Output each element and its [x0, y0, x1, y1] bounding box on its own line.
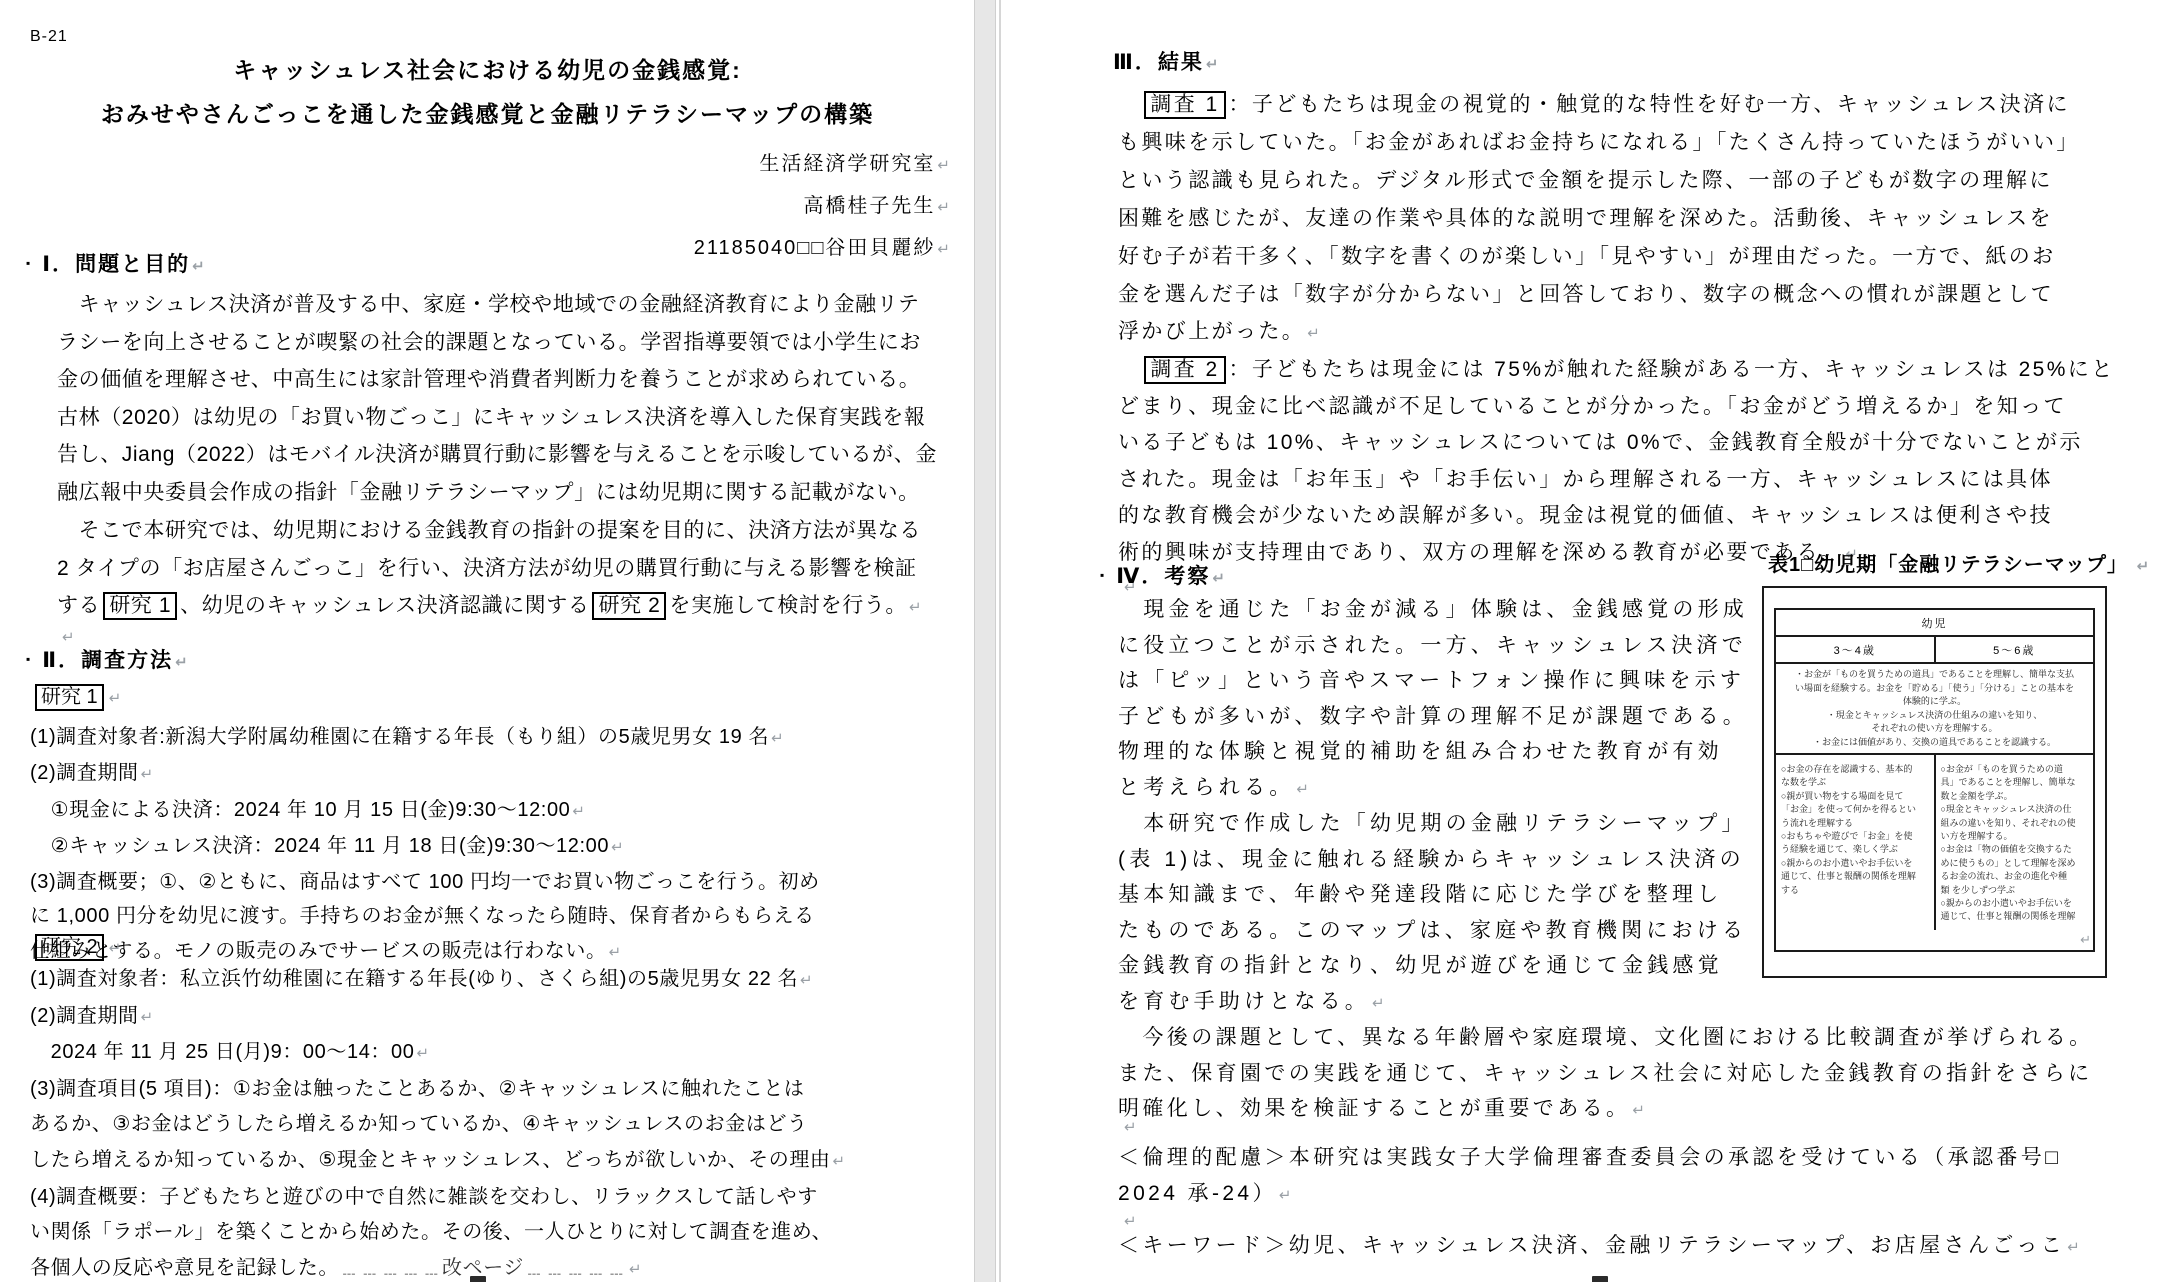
- text-line: ＜倫理的配慮＞本研究は実践女子大学倫理審査委員会の承認を受けている（承認番号□: [1118, 1140, 2061, 1176]
- text-line: ○おもちゃや遊びで「お金」を使: [1781, 830, 1930, 843]
- text-segment: キャッシュレス決済が普及する中、家庭・学校や地域での金融経済教育により金融リテ: [57, 293, 920, 316]
- heading-results: Ⅲ．結果↵: [1113, 48, 1218, 80]
- return-mark: ↵: [1372, 995, 1385, 1012]
- text-segment: を育む手助けとなる。: [1118, 990, 1370, 1013]
- text-line: ○親からのお小遣いやお手伝いを: [1781, 857, 1930, 870]
- heading-problem-purpose: ▪Ⅰ．問題と目的↵: [26, 248, 205, 282]
- text-line: も興味を示していた。「お金があればお金持ちになれる」「たくさん持っていたほうがい…: [1118, 124, 2080, 162]
- return-mark: ↵: [1296, 781, 1309, 798]
- return-mark: ↵: [1279, 1187, 1292, 1204]
- blank-line-mark: ↵: [1122, 1118, 1137, 1138]
- text-line: あるか、③お金はどうしたら増えるか知っているか、④キャッシュレスのお金はどう: [30, 1107, 845, 1143]
- text-line: そこで本研究では、幼児期における金銭教育の指針の提案を目的に、決済方法が異なる: [57, 512, 922, 550]
- text-line: を育む手助けとなる。↵: [1118, 984, 1747, 1022]
- text-segment: 、幼児のキャッシュレス決済認識に関する: [180, 594, 589, 617]
- text-segment: も興味を示していた。「お金があればお金持ちになれる」「たくさん持っていたほうがい…: [1118, 131, 2080, 154]
- text-line: 組みの違いを知り、それぞれの使: [1941, 817, 2090, 830]
- study1-details: (1)調査対象者:新潟大学附属幼稚園に在籍する年長（もり組）の5歳児男女 19 …: [30, 692, 820, 970]
- page-footer-partial-left: [470, 1276, 486, 1282]
- text-segment: ▪: [1100, 568, 1104, 582]
- text-segment: ○お金が「ものを買うための道: [1941, 764, 2063, 774]
- text-line: したら増えるか知っているか、⑤現金とキャッシュレス、どっちが欲しいか、その理由↵: [30, 1143, 845, 1180]
- table1-merged-cell: ・お金が「ものを買うための道具」であることを理解し、簡単な支払い場面を経験する。…: [1776, 664, 2093, 755]
- return-mark: ↵: [572, 803, 585, 820]
- return-mark: ↵: [1632, 1102, 1645, 1119]
- text-segment: (1)調査対象者：私立浜竹幼稚園に在籍する年長(ゆり、さくら組)の5歳児男女 2…: [30, 968, 798, 990]
- return-mark: ↵: [937, 157, 950, 174]
- text-segment: 21185040□□谷田貝麗紗: [694, 237, 936, 259]
- text-line: 2024 年 11 月 25 日(月)9：00～14：00↵: [30, 1035, 845, 1072]
- return-mark: ↵: [2137, 558, 2150, 575]
- text-line: 「お金」を使って何かを得るとい: [1781, 803, 1930, 816]
- text-line: るお金の流れ、お金の進化や種: [1941, 870, 2090, 883]
- text-segment: (2)調査期間: [30, 762, 139, 784]
- page-footer-partial-right: [1592, 1276, 1608, 1282]
- text-line: 現金を通じた「お金が減る」体験は、金銭感覚の形成: [1118, 592, 1748, 628]
- text-segment: (3)調査項目(5 項目)：①お金は触ったことあるか、②キャッシュレスに触れたこ…: [30, 1078, 805, 1100]
- text-segment: 高橋桂子先生: [803, 195, 935, 217]
- paragraph-survey2-results: 調査 2：子どもたちは現金には 75%が触れた経験がある一方、キャッシュレスは …: [1118, 352, 2115, 574]
- text-line: 数と金額を学ぶ。: [1941, 790, 2090, 803]
- text-segment: う経験を通じて、楽しく学ぶ: [1781, 844, 1898, 854]
- text-segment: い関係「ラポール」を築くことから始めた。その後、一人ひとりに対して調査を進め、: [30, 1221, 832, 1243]
- text-segment: 好む子が若干多く、「数字を書くのが楽しい」「見やすい」が理由だった。一方で、紙の…: [1118, 245, 2056, 268]
- text-line: する研究 1、幼児のキャッシュレス決済認識に関する研究 2を実施して検討を行う。…: [57, 587, 922, 627]
- text-segment: 具」であることを理解し、簡単な: [1941, 777, 2076, 787]
- text-line: 金の価値を理解させ、中高生には家計管理や消費者判断力を養うことが求められている。: [57, 361, 937, 399]
- text-segment: どまり、現金に比べ認識が不足していることが分かった。「お金がどう増えるか」を知っ…: [1118, 395, 2067, 418]
- text-line: ・お金が「ものを買うための道具」であることを理解し、簡単な支払: [1778, 668, 2091, 682]
- text-segment: 明確化し、効果を検証することが重要である。: [1118, 1097, 1630, 1120]
- text-line: ○親が買い物をする場面を見て: [1781, 790, 1930, 803]
- text-line: ○現金とキャッシュレス決済の仕: [1941, 803, 2090, 816]
- text-segment: 困難を感じたが、友達の作業や具体的な説明で理解を深めた。活動後、キャッシュレスを: [1118, 207, 2053, 230]
- text-segment: あるか、③お金はどうしたら増えるか知っているか、④キャッシュレスのお金はどう: [30, 1113, 808, 1135]
- text-line: 金を選んだ子は「数字が分からない」と回答しており、数字の概念への慣れが課題として: [1118, 276, 2080, 314]
- text-line: ・お金には価値があり、交換の道具であることを認識する。: [1778, 736, 2091, 750]
- text-line: 具」であることを理解し、簡単な: [1941, 776, 2090, 789]
- paragraph-discussion-2: 本研究で作成した「幼児期の金融リテラシーマップ」(表 1)は、現金に触れる経験か…: [1118, 806, 1747, 1022]
- table1-cell-age3-4: ○お金の存在を認識する、基本的な数を学ぶ○親が買い物をする場面を見て「お金」を使…: [1776, 755, 1936, 930]
- text-line: 困難を感じたが、友達の作業や具体的な説明で理解を深めた。活動後、キャッシュレスを: [1118, 200, 2080, 238]
- text-line: に 1,000 円分を幼児に渡す。手持ちのお金が無くなったら随時、保育者からもら…: [30, 899, 820, 933]
- page-gap: [974, 0, 996, 1282]
- text-segment: 「お金」を使って何かを得るとい: [1781, 804, 1916, 814]
- text-line: な数を学ぶ: [1781, 776, 1930, 789]
- table1-body-row: ○お金の存在を認識する、基本的な数を学ぶ○親が買い物をする場面を見て「お金」を使…: [1776, 755, 2093, 930]
- text-line: 告し、Jiang（2022）はモバイル決済が購買行動に影響を与えることを示唆して…: [57, 436, 937, 474]
- text-segment: 浮かび上がった。: [1118, 320, 1305, 343]
- text-line: 子どもが多いが、数字や計算の理解不足が課題である。: [1118, 699, 1748, 735]
- text-segment: 組みの違いを知り、それぞれの使: [1941, 818, 2076, 828]
- text-line: 今後の課題として、異なる年齢層や家庭環境、文化圏における比較調査が挙げられる。: [1118, 1020, 2094, 1056]
- text-line: それぞれの使い方を理解する。: [1778, 722, 2091, 736]
- text-segment: ・お金には価値があり、交換の道具であることを認識する。: [1813, 737, 2056, 747]
- return-mark: ↵: [937, 241, 950, 258]
- return-mark: ↵: [2080, 932, 2091, 948]
- text-segment: ②キャッシュレス決済：2024 年 11 月 18 日(金)9:30～12:00: [30, 835, 609, 857]
- return-mark: ↵: [192, 258, 205, 275]
- table1-grid: 幼児 3～4歳 5～6歳 ・お金が「ものを買うための道具」であることを理解し、簡…: [1774, 608, 2095, 952]
- text-segment: 今後の課題として、異なる年齢層や家庭環境、文化圏における比較調査が挙げられる。: [1118, 1026, 2094, 1049]
- return-mark: ↵: [1307, 325, 1320, 342]
- table1-caption: 表1□幼児期「金融リテラシーマップ」 ↵: [1768, 548, 2149, 577]
- table1-column-headers: 3～4歳 5～6歳: [1776, 637, 2093, 664]
- paragraph-discussion-1: 現金を通じた「お金が減る」体験は、金銭感覚の形成に役立つことが示された。一方、キ…: [1118, 592, 1748, 808]
- return-mark: ↵: [611, 839, 624, 856]
- text-line: う流れを理解する: [1781, 817, 1930, 830]
- text-segment: ▪: [26, 256, 30, 270]
- text-line: また、保育園での実践を通じて、キャッシュレス社会に対応した金銭教育の指針をさらに: [1118, 1056, 2094, 1092]
- text-line: ↵: [1122, 1118, 1137, 1138]
- text-segment: Ⅰ．問題と目的: [42, 253, 190, 276]
- text-segment: ▪: [26, 652, 30, 666]
- text-segment: (3)調査概要；①、②ともに、商品はすべて 100 円均一でお買い物ごっこを行う…: [30, 871, 820, 893]
- text-segment: ○現金とキャッシュレス決済の仕: [1941, 804, 2072, 814]
- text-segment: 2024 年 11 月 25 日(月)9：00～14：00: [30, 1041, 414, 1063]
- text-line: Ⅲ．結果↵: [1113, 48, 1218, 80]
- text-line: は「ピッ」という音やスマートフォン操作に興味を示す: [1118, 663, 1748, 699]
- text-segment: ○お金の存在を認識する、基本的: [1781, 764, 1912, 774]
- text-line: 各個人の反応や意見を記録した。﹍﹍﹍﹍﹍改ページ﹍﹍﹍﹍﹍↵: [30, 1251, 845, 1282]
- text-line: 調査 1：子どもたちは現金の視覚的・触覚的な特性を好む一方、キャッシュレス決済に: [1118, 86, 2080, 124]
- text-line: 生活経済学研究室↵: [0, 144, 950, 186]
- text-segment: (4)調査概要：子どもたちと遊びの中で自然に雑談を交わし、リラックスして話しやす: [30, 1186, 818, 1208]
- text-segment: 的な教育機会が少ないため誤解が多い。現金は視覚的価値、キャッシュレスは便利さや技: [1118, 504, 2053, 527]
- text-line: (3)調査概要；①、②ともに、商品はすべて 100 円均一でお買い物ごっこを行う…: [30, 865, 820, 899]
- text-segment: 術的興味が支持理由であり、双方の理解を深める教育が必要である。: [1118, 541, 1843, 564]
- return-mark: ↵: [909, 599, 922, 616]
- text-segment: 通じて、仕事と報酬の関係を理解: [1781, 871, 1916, 881]
- text-line: (4)調査概要：子どもたちと遊びの中で自然に雑談を交わし、リラックスして話しやす: [30, 1180, 845, 1216]
- text-segment: された。現金は「お年玉」や「お手伝い」から理解される一方、キャッシュレスには具体: [1118, 468, 2053, 491]
- document-canvas: B-21 キャッシュレス社会における幼児の金銭感覚: おみせやさんごっこを通した…: [0, 0, 2166, 1282]
- text-segment: は「ピッ」という音やスマートフォン操作に興味を示す: [1118, 669, 1745, 692]
- text-segment: い場面を経験する。お金を「貯める」「使う」「分ける」ことの基本を: [1795, 683, 2074, 693]
- text-segment: 各個人の反応や意見を記録した。: [30, 1257, 339, 1279]
- text-line: 的な教育機会が少ないため誤解が多い。現金は視覚的価値、キャッシュレスは便利さや技: [1118, 498, 2115, 535]
- text-segment: ＜キーワード＞幼児、キャッシュレス決済、金融リテラシーマップ、お店屋さんごっこ: [1118, 1234, 2065, 1257]
- text-segment: 金の価値を理解させ、中高生には家計管理や消費者判断力を養うことが求められている。: [57, 368, 920, 391]
- text-segment: ラシーを向上させることが喫緊の社会的課題となっている。学習指導要領では小学生にお: [57, 331, 921, 354]
- table1-col-header-1: 3～4歳: [1776, 637, 1936, 662]
- text-segment: 金を選んだ子は「数字が分からない」と回答しており、数字の概念への慣れが課題として: [1118, 283, 2054, 306]
- doc-label: B-21: [30, 28, 68, 46]
- text-line: キャッシュレス決済が普及する中、家庭・学校や地域での金融経済教育により金融リテ: [57, 286, 937, 324]
- text-segment: いる子どもは 10%、キャッシュレスについては 0%で、金銭教育全般が十分でない…: [1118, 431, 2083, 454]
- text-segment: する: [1781, 885, 1799, 895]
- text-segment: ○親が買い物をする場面を見て: [1781, 791, 1903, 801]
- return-mark: ↵: [1212, 570, 1225, 587]
- return-mark: ↵: [1124, 1119, 1137, 1136]
- text-line: ▪Ⅳ．考察↵: [1100, 560, 1225, 594]
- text-line: という認識も見られた。デジタル形式で金額を提示した際、一部の子どもが数字の理解に: [1118, 162, 2080, 200]
- text-line: ○お金の存在を認識する、基本的: [1781, 763, 1930, 776]
- return-mark: ↵: [1206, 56, 1219, 73]
- boxed-label: 調査 2: [1144, 356, 1225, 384]
- text-line: 古林（2020）は幼児の「お買い物ごっこ」にキャッシュレス決済を導入した保育実践…: [57, 399, 937, 437]
- text-line: ＜キーワード＞幼児、キャッシュレス決済、金融リテラシーマップ、お店屋さんごっこ↵: [1118, 1228, 2080, 1266]
- text-segment: 物理的な体験と視覚的補助を組み合わせた教育が有効: [1118, 740, 1723, 763]
- text-line: どまり、現金に比べ認識が不足していることが分かった。「お金がどう増えるか」を知っ…: [1118, 389, 2115, 426]
- text-segment: (2)調査期間: [30, 1005, 139, 1027]
- text-segment: 古林（2020）は幼児の「お買い物ごっこ」にキャッシュレス決済を導入した保育実践…: [57, 406, 925, 429]
- text-line: ○親からのお小遣いやお手伝いを: [1941, 897, 2090, 910]
- paragraph-intro: キャッシュレス決済が普及する中、家庭・学校や地域での金融経済教育により金融リテラ…: [57, 286, 937, 512]
- text-line: 好む子が若干多く、「数字を書くのが楽しい」「見やすい」が理由だった。一方で、紙の…: [1118, 238, 2080, 276]
- text-segment: 2 タイプの「お店屋さんごっこ」を行い、決済方法が幼児の購買行動に与える影響を検…: [57, 557, 917, 580]
- text-segment: い方を理解する。: [1941, 831, 2013, 841]
- heading-discussion: ▪Ⅳ．考察↵: [1100, 560, 1225, 594]
- return-mark: ↵: [629, 1261, 642, 1278]
- text-line: ・現金とキャッシュレス決済の仕組みの違いを知り、: [1778, 709, 2091, 723]
- return-mark: ↵: [2067, 1239, 2080, 1256]
- paragraph-future-work: 今後の課題として、異なる年齢層や家庭環境、文化圏における比較調査が挙げられる。ま…: [1118, 1020, 2094, 1129]
- return-mark: ↵: [771, 730, 784, 747]
- text-line: (2)調査期間↵: [30, 756, 820, 792]
- text-segment: 金銭教育の指針となり、幼児が遊びを通じて金銭感覚: [1118, 954, 1723, 977]
- return-mark: ↵: [141, 766, 154, 783]
- text-line: (1)調査対象者:新潟大学附属幼稚園に在籍する年長（もり組）の5歳児男女 19 …: [30, 720, 820, 756]
- text-line: ②キャッシュレス決済：2024 年 11 月 18 日(金)9:30～12:00…: [30, 829, 820, 865]
- text-segment: たものである。このマップは、家庭や教育機関における: [1118, 919, 1747, 942]
- text-line: 高橋桂子先生↵: [0, 186, 950, 228]
- text-segment: 融広報中央委員会作成の指針「金融リテラシーマップ」には幼児期に関する記載がない。: [57, 481, 920, 504]
- text-line: (2)調査期間↵: [30, 999, 845, 1036]
- text-segment: に役立つことが示された。一方、キャッシュレス決済で: [1118, 634, 1747, 657]
- text-segment: 通じて、仕事と報酬の関係を理解: [1941, 911, 2076, 921]
- text-segment: 告し、Jiang（2022）はモバイル決済が購買行動に影響を与えることを示唆して…: [57, 443, 937, 466]
- text-line: 物理的な体験と視覚的補助を組み合わせた教育が有効: [1118, 734, 1748, 770]
- text-segment: を実施して検討を行う。: [669, 594, 907, 617]
- text-line: いる子どもは 10%、キャッシュレスについては 0%で、金銭教育全般が十分でない…: [1118, 425, 2115, 462]
- return-mark: ↵: [416, 1045, 429, 1062]
- text-line: ▪Ⅰ．問題と目的↵: [26, 248, 205, 282]
- text-line: 類 を少しずつ学ぶ: [1941, 884, 2090, 897]
- text-segment: Ⅲ．結果: [1113, 51, 1204, 74]
- text-line: に役立つことが示された。一方、キャッシュレス決済で: [1118, 628, 1748, 664]
- paragraph-study-overview: そこで本研究では、幼児期における金銭教育の指針の提案を目的に、決済方法が異なる2…: [57, 512, 922, 627]
- heading-method: ▪Ⅱ．調査方法↵: [26, 644, 188, 678]
- text-segment: ・現金とキャッシュレス決済の仕組みの違いを知り、: [1827, 710, 2043, 720]
- text-line: めに使うもの」として理解を深め: [1941, 857, 2090, 870]
- text-line: ▪Ⅱ．調査方法↵: [26, 644, 188, 678]
- text-line: 体験的に学ぶ。: [1778, 695, 2091, 709]
- text-segment: [1118, 358, 1141, 381]
- text-segment: 類 を少しずつ学ぶ: [1941, 885, 2016, 895]
- boxed-label: 研究 2: [592, 592, 666, 620]
- text-line: う経験を通じて、楽しく学ぶ: [1781, 843, 1930, 856]
- table1-group-header: 幼児: [1776, 610, 2093, 637]
- text-line: と考えられる。↵: [1118, 770, 1748, 808]
- text-line: 明確化し、効果を検証することが重要である。↵: [1118, 1091, 2094, 1129]
- text-segment: ○親からのお小遣いやお手伝いを: [1941, 898, 2072, 908]
- title-line-2: おみせやさんごっこを通した金銭感覚と金融リテラシーマップの構築: [0, 96, 975, 129]
- text-line: ○お金は「物の価値を交換するた: [1941, 843, 2090, 856]
- return-mark: ↵: [175, 654, 188, 671]
- text-line: 通じて、仕事と報酬の関係を理解: [1781, 870, 1930, 883]
- text-line: たものである。このマップは、家庭や教育機関における: [1118, 913, 1747, 949]
- text-segment: ：子どもたちは現金の視覚的・触覚的な特性を好む一方、キャッシュレス決済に: [1229, 93, 2070, 116]
- text-line: 金銭教育の指針となり、幼児が遊びを通じて金銭感覚: [1118, 948, 1747, 984]
- return-mark: ↵: [833, 1153, 846, 1170]
- text-segment: 数と金額を学ぶ。: [1941, 791, 2013, 801]
- text-segment: (1)調査対象者:新潟大学附属幼稚園に在籍する年長（もり組）の5歳児男女 19 …: [30, 726, 769, 748]
- text-segment: そこで本研究では、幼児期における金銭教育の指針の提案を目的に、決済方法が異なる: [57, 519, 921, 542]
- boxed-label: 調査 1: [1144, 91, 1225, 119]
- text-line: い関係「ラポール」を築くことから始めた。その後、一人ひとりに対して調査を進め、: [30, 1215, 845, 1251]
- text-line: ラシーを向上させることが喫緊の社会的課題となっている。学習指導要領では小学生にお: [57, 324, 937, 362]
- text-segment: ：子どもたちは現金には 75%が触れた経験がある一方、キャッシュレスは 25%に…: [1229, 358, 2115, 381]
- text-line: 通じて、仕事と報酬の関係を理解: [1941, 910, 2090, 923]
- text-segment: ○親からのお小遣いやお手伝いを: [1781, 858, 1912, 868]
- title-line-1: キャッシュレス社会における幼児の金銭感覚:: [0, 52, 975, 85]
- text-segment: 現金を通じた「お金が減る」体験は、金銭感覚の形成: [1118, 598, 1748, 621]
- text-line: (1)調査対象者：私立浜竹幼稚園に在籍する年長(ゆり、さくら組)の5歳児男女 2…: [30, 962, 845, 999]
- text-segment: ○おもちゃや遊びで「お金」を使: [1781, 831, 1912, 841]
- text-line: された。現金は「お年玉」や「お手伝い」から理解される一方、キャッシュレスには具体: [1118, 462, 2115, 499]
- text-segment: したら増えるか知っているか、⑤現金とキャッシュレス、どっちが欲しいか、その理由: [30, 1149, 831, 1171]
- return-mark: ↵: [141, 1009, 154, 1026]
- text-line: 2024 承-24）↵: [1118, 1176, 2061, 1214]
- text-segment: に 1,000 円分を幼児に渡す。手持ちのお金が無くなったら随時、保育者からもら…: [30, 905, 815, 927]
- text-segment: ＜倫理的配慮＞本研究は実践女子大学倫理審査委員会の承認を受けている（承認番号□: [1118, 1146, 2061, 1169]
- table1-caption-text: 表1□幼児期「金融リテラシーマップ」: [1768, 554, 2128, 576]
- boxed-label: 研究 1: [103, 592, 177, 620]
- text-segment: 子どもが多いが、数字や計算の理解不足が課題である。: [1118, 705, 1748, 728]
- text-segment: 体験的に学ぶ。: [1903, 696, 1966, 706]
- page-edge-line: [999, 0, 1001, 1282]
- text-segment: という認識も見られた。デジタル形式で金額を提示した際、一部の子どもが数字の理解に: [1118, 169, 2053, 192]
- text-line: 融広報中央委員会作成の指針「金融リテラシーマップ」には幼児期に関する記載がない。: [57, 474, 937, 512]
- text-line: い方を理解する。: [1941, 830, 2090, 843]
- text-segment: う流れを理解する: [1781, 818, 1853, 828]
- text-segment: また、保育園での実践を通じて、キャッシュレス社会に対応した金銭教育の指針をさらに: [1118, 1062, 2093, 1085]
- text-line: (表 1)は、現金に触れる経験からキャッシュレス決済の: [1118, 842, 1747, 878]
- text-line: 本研究で作成した「幼児期の金融リテラシーマップ」: [1118, 806, 1747, 842]
- text-line: ○お金が「ものを買うための道: [1941, 763, 2090, 776]
- text-segment: るお金の流れ、お金の進化や種: [1941, 871, 2068, 881]
- text-segment: 2024 承-24）: [1118, 1182, 1277, 1205]
- table1-cell-age5-6: ○お金が「ものを買うための道具」であることを理解し、簡単な数と金額を学ぶ。○現金…: [1936, 755, 2094, 930]
- study2-details: (1)調査対象者：私立浜竹幼稚園に在籍する年長(ゆり、さくら組)の5歳児男女 2…: [30, 940, 845, 1282]
- table1: 幼児 3～4歳 5～6歳 ・お金が「ものを買うための道具」であることを理解し、簡…: [1762, 586, 2107, 978]
- text-segment: Ⅱ．調査方法: [42, 649, 173, 672]
- text-line: 調査 2：子どもたちは現金には 75%が触れた経験がある一方、キャッシュレスは …: [1118, 352, 2115, 389]
- text-line: い場面を経験する。お金を「貯める」「使う」「分ける」ことの基本を: [1778, 682, 2091, 696]
- text-segment: 基本知識まで、年齢や発達段階に応じた学びを整理し: [1118, 883, 1722, 906]
- text-segment: Ⅳ．考察: [1116, 565, 1210, 588]
- text-line: 2 タイプの「お店屋さんごっこ」を行い、決済方法が幼児の購買行動に与える影響を検…: [57, 550, 922, 588]
- text-line: 基本知識まで、年齢や発達段階に応じた学びを整理し: [1118, 877, 1747, 913]
- text-segment: と考えられる。: [1118, 776, 1294, 799]
- table1-col-header-2: 5～6歳: [1936, 637, 2094, 662]
- text-segment: 本研究で作成した「幼児期の金融リテラシーマップ」: [1118, 812, 1747, 835]
- text-segment: する: [57, 594, 100, 617]
- paragraph-survey1-results: 調査 1：子どもたちは現金の視覚的・触覚的な特性を好む一方、キャッシュレス決済に…: [1118, 86, 2080, 353]
- text-segment: [1118, 93, 1141, 116]
- return-mark: ↵: [800, 972, 813, 989]
- return-mark: ↵: [937, 199, 950, 216]
- text-line: (3)調査項目(5 項目)：①お金は触ったことあるか、②キャッシュレスに触れたこ…: [30, 1072, 845, 1108]
- paragraph-keywords: ＜キーワード＞幼児、キャッシュレス決済、金融リテラシーマップ、お店屋さんごっこ↵: [1118, 1228, 2080, 1266]
- text-line: する: [1781, 884, 1930, 897]
- text-segment: それぞれの使い方を理解する。: [1871, 723, 1997, 733]
- text-segment: な数を学ぶ: [1781, 777, 1826, 787]
- text-segment: 生活経済学研究室: [759, 153, 935, 175]
- text-segment: めに使うもの」として理解を深め: [1941, 858, 2076, 868]
- text-line: 浮かび上がった。↵: [1118, 313, 2080, 353]
- text-line: ①現金による決済：2024 年 10 月 15 日(金)9:30～12:00↵: [30, 793, 820, 829]
- paragraph-ethics: ＜倫理的配慮＞本研究は実践女子大学倫理審査委員会の承認を受けている（承認番号□2…: [1118, 1140, 2061, 1213]
- text-segment: ・お金が「ものを買うための道具」であることを理解し、簡単な支払: [1795, 669, 2074, 679]
- text-segment: ○お金は「物の価値を交換するた: [1941, 844, 2072, 854]
- text-segment: (表 1)は、現金に触れる経験からキャッシュレス決済の: [1118, 848, 1745, 871]
- text-segment: ①現金による決済：2024 年 10 月 15 日(金)9:30～12:00: [30, 799, 570, 821]
